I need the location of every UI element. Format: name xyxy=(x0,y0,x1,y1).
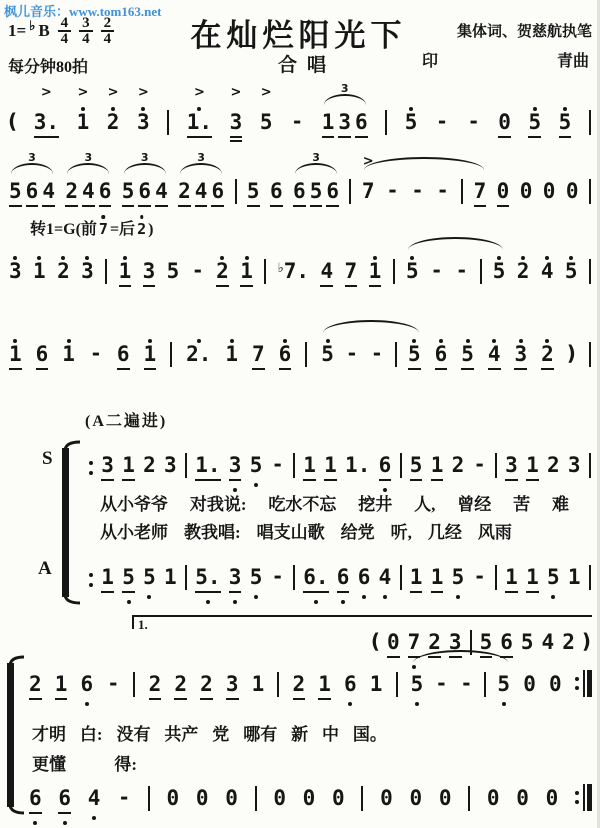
lyric-word: 白: xyxy=(80,720,103,745)
note-digit: 0 xyxy=(546,786,559,810)
triplet-group: 3136 xyxy=(321,109,369,135)
note-digit: 5 xyxy=(406,259,419,283)
key-letter: B xyxy=(38,21,49,41)
beam-underline xyxy=(526,591,539,593)
ensemble-type: 合唱 xyxy=(278,50,336,77)
note: 1 xyxy=(525,452,540,478)
note-digit: 1 xyxy=(526,453,539,477)
note-digit: 6 xyxy=(117,342,130,366)
note: >7 xyxy=(361,178,376,204)
note-digit: 5 xyxy=(411,672,424,696)
note-digit: 4 xyxy=(82,179,95,203)
note: 0 xyxy=(542,178,557,204)
note-digit: 6 xyxy=(326,179,339,203)
beam-underline xyxy=(226,698,239,700)
beam-underline xyxy=(324,479,337,481)
note: 5 xyxy=(121,564,136,590)
beam-underline xyxy=(528,136,541,138)
beam-underline xyxy=(410,591,423,593)
note-digit: 1 xyxy=(122,453,135,477)
note-digit: 2 xyxy=(149,672,162,696)
accent-mark: > xyxy=(76,87,91,99)
note: 3 xyxy=(80,258,95,284)
beam-underline xyxy=(9,368,22,370)
lyrics-line-2: 从小老师教我唱:唱支山歌给党听,几经风雨 xyxy=(100,518,512,543)
note: 5 xyxy=(558,109,573,135)
octave-dot xyxy=(249,478,264,487)
note-digit: 2 xyxy=(57,259,70,283)
note: 1 xyxy=(121,452,136,478)
barline xyxy=(293,453,295,478)
notation-line-4: 161-612.1765--565432) xyxy=(8,340,592,367)
note-digit: 4 xyxy=(320,259,333,283)
note-digit: 2 xyxy=(452,453,465,477)
end-repeat-barline xyxy=(574,784,592,811)
note: 0 xyxy=(272,785,287,811)
note-digit: 1 xyxy=(119,259,132,283)
note: 6 xyxy=(137,178,152,204)
triplet-group: 3246 xyxy=(177,178,225,204)
note: 1 xyxy=(567,564,582,590)
note: 6 xyxy=(325,178,340,204)
tuplet-number: 3 xyxy=(321,82,369,95)
note-digit: 0 xyxy=(196,786,209,810)
octave-dot xyxy=(121,595,136,604)
barline xyxy=(349,179,351,204)
note: 2 xyxy=(215,258,230,284)
beam-underline xyxy=(195,479,220,481)
note: 1 xyxy=(61,341,76,367)
note-digit: 6 xyxy=(99,179,112,203)
note-digit: 3 xyxy=(137,110,150,134)
note-digit: 6. xyxy=(303,565,328,589)
lyric-word: 曾经 xyxy=(457,490,491,515)
barline xyxy=(277,672,279,697)
note-digit: 1 xyxy=(9,342,22,366)
parenthesis: ( xyxy=(8,108,17,135)
note-digit: 3 xyxy=(226,672,239,696)
beam-underline xyxy=(55,698,68,700)
tie-arc xyxy=(364,157,484,170)
note-digit: 1 xyxy=(370,672,383,696)
duration-dash: - xyxy=(270,564,286,590)
octave-dot xyxy=(87,811,102,820)
note: 6 xyxy=(357,564,372,590)
note: 1 xyxy=(368,258,383,284)
beam-underline xyxy=(488,368,501,370)
beam-underline xyxy=(320,285,333,287)
note: 6 xyxy=(278,341,293,367)
note: 0 xyxy=(519,178,534,204)
time-signature: 34 xyxy=(79,16,93,46)
note-digit: 7 xyxy=(474,179,487,203)
note-digit: 5 xyxy=(497,672,510,696)
lyric-word: 苦 xyxy=(513,490,530,515)
tuplet-number: 3 xyxy=(121,151,169,164)
lyric-word: 教我唱: xyxy=(184,518,241,543)
note-digit: 1 xyxy=(303,453,316,477)
beam-underline xyxy=(229,479,242,481)
notation-line-6: 664-000000000000 xyxy=(28,784,592,811)
note-digit: 7 xyxy=(252,342,265,366)
parenthesis: ( xyxy=(371,628,380,655)
note-digit: 3 xyxy=(9,259,22,283)
note: 1. xyxy=(194,452,221,478)
note: 0 xyxy=(302,785,317,811)
octave-dot xyxy=(57,816,72,825)
note: 6 xyxy=(292,178,307,204)
note-digit: 0 xyxy=(332,786,345,810)
tempo-marking: 每分钟80拍 xyxy=(8,54,88,77)
barline xyxy=(185,453,187,478)
beam-underline xyxy=(29,812,42,814)
beam-underline xyxy=(34,136,59,138)
note: 6 xyxy=(499,629,514,655)
note-digit: 4 xyxy=(541,259,554,283)
first-ending-label: 1. xyxy=(138,617,148,633)
lyric-word: 国。 xyxy=(353,720,387,745)
note-digit: 0 xyxy=(516,786,529,810)
flat-sign: ♭ xyxy=(29,18,35,34)
notation-line-1: (>3.>1>2>3>1.>3>5-31365--055 xyxy=(8,108,592,135)
barline xyxy=(589,110,591,135)
note: 6 xyxy=(98,178,113,204)
modulation-note: 2 xyxy=(137,220,146,238)
note-digit: 5 xyxy=(405,110,418,134)
accent-mark: > xyxy=(33,87,60,99)
accent-mark: > xyxy=(229,87,244,99)
note: 4 xyxy=(41,178,56,204)
note: 6 xyxy=(336,564,351,590)
beam-underline xyxy=(410,479,423,481)
sheet-music-page: 枫儿音乐：www.tom163.net 1=♭B 44 34 24 在灿烂阳光下… xyxy=(0,0,600,828)
note: 2 xyxy=(173,671,188,697)
note-digit: 3 xyxy=(338,110,351,134)
tuplet-number: 3 xyxy=(8,151,56,164)
beam-underline xyxy=(431,479,444,481)
note: 3 xyxy=(142,258,157,284)
barline xyxy=(185,565,187,590)
note-digit: 4 xyxy=(195,179,208,203)
beam-underline xyxy=(36,368,49,370)
note: 2 xyxy=(199,671,214,697)
time-signature: 44 xyxy=(58,16,72,46)
note-digit: 2 xyxy=(178,179,191,203)
note-digit: 0 xyxy=(543,179,556,203)
note: 0 xyxy=(386,629,401,655)
note: 0 xyxy=(497,109,512,135)
beam-underline xyxy=(431,591,444,593)
note: 1 xyxy=(323,452,338,478)
note: 2 xyxy=(561,629,576,655)
note: 5 xyxy=(564,258,579,284)
note-digit: 5 xyxy=(9,179,22,203)
note: 5 xyxy=(527,109,542,135)
beam-underline xyxy=(541,368,554,370)
barline xyxy=(361,786,363,811)
note-digit: 1 xyxy=(318,672,331,696)
note: 2 xyxy=(142,452,157,478)
beam-underline xyxy=(138,205,151,207)
note: 1 xyxy=(54,671,69,697)
note-digit: 1 xyxy=(252,672,265,696)
lyric-word: 新 xyxy=(291,720,308,745)
note: 1 xyxy=(100,564,115,590)
beam-underline xyxy=(474,205,487,207)
duration-dash: - xyxy=(369,341,385,367)
octave-dot xyxy=(451,590,466,599)
note: 5 xyxy=(8,178,23,204)
note: >3. xyxy=(33,109,60,135)
voice-label-alto: A xyxy=(38,558,52,580)
note: 4 xyxy=(378,564,393,590)
tie-group: 5--5 xyxy=(410,671,511,697)
barline xyxy=(395,342,397,367)
note: 5 xyxy=(249,564,264,590)
octave-dot xyxy=(228,595,243,604)
note: 5 xyxy=(451,564,466,590)
note-digit: 2 xyxy=(293,672,306,696)
note: 3 xyxy=(504,452,519,478)
beam-underline xyxy=(293,698,306,700)
note-digit: 0 xyxy=(439,786,452,810)
beam-underline xyxy=(408,368,421,370)
note: 5 xyxy=(409,452,424,478)
barline xyxy=(167,110,169,135)
lyric-word: 唱支山歌 xyxy=(257,518,325,543)
note: 0 xyxy=(486,785,501,811)
beam-underline xyxy=(279,368,292,370)
note-digit: 5. xyxy=(195,565,220,589)
note-digit: 1. xyxy=(345,453,370,477)
octave-dot xyxy=(249,590,264,599)
note-digit: 0 xyxy=(380,786,393,810)
note-digit: 6 xyxy=(358,565,371,589)
note: >3 xyxy=(229,109,244,135)
duration-dash: - xyxy=(270,452,286,478)
note-digit: 0 xyxy=(523,672,536,696)
note-digit: 7 xyxy=(362,179,375,203)
note-digit: 0 xyxy=(409,786,422,810)
note-digit: 2 xyxy=(216,259,229,283)
note-digit: 5 xyxy=(122,565,135,589)
note-digit: 2 xyxy=(562,630,575,654)
octave-dot xyxy=(378,590,393,599)
beam-underline xyxy=(505,591,518,593)
duration-dash: - xyxy=(410,178,426,204)
note: 4 xyxy=(81,178,96,204)
note-digit: 5 xyxy=(321,342,334,366)
note: 5 xyxy=(246,178,261,204)
time-signature: 24 xyxy=(101,16,115,46)
repeat-dots xyxy=(574,791,580,804)
note: 0 xyxy=(166,785,181,811)
triplet-group: 3564 xyxy=(121,178,169,204)
barline xyxy=(235,179,237,204)
note: 1 xyxy=(239,258,254,284)
beam-underline xyxy=(99,205,112,207)
note-digit: 4 xyxy=(488,342,501,366)
beam-underline xyxy=(187,136,212,138)
duration-dash: - xyxy=(88,341,104,367)
note-digit: 5 xyxy=(143,565,156,589)
note-digit: 5 xyxy=(565,259,578,283)
triplet-group: 3564 xyxy=(8,178,56,204)
note-digit: 1 xyxy=(77,110,90,134)
barline xyxy=(589,565,591,590)
barline xyxy=(484,672,486,697)
lyric-word: 更懂 xyxy=(32,750,66,775)
barline xyxy=(495,453,497,478)
note: 6 xyxy=(57,785,72,811)
lyric-word: 从小爷爷 xyxy=(100,490,168,515)
note: 4 xyxy=(194,178,209,204)
note: 5 xyxy=(142,564,157,590)
octave-dot xyxy=(546,590,561,599)
beam-underline xyxy=(195,205,208,207)
barline xyxy=(400,453,402,478)
note: 2 xyxy=(546,452,561,478)
note: 2 xyxy=(56,258,71,284)
beam-underline xyxy=(338,136,351,138)
barline xyxy=(133,672,135,697)
beam-underline xyxy=(526,479,539,481)
note: 0 xyxy=(408,785,423,811)
barline xyxy=(264,259,266,284)
duration-dash: - xyxy=(190,258,206,284)
note-digit: 6 xyxy=(337,565,350,589)
beam-underline xyxy=(240,285,253,287)
key-prefix: 1= xyxy=(8,21,26,41)
note-digit: 1 xyxy=(33,259,46,283)
note-digit: 3 xyxy=(164,453,177,477)
notation-line-alto: 15515.35-6.664115-1151 xyxy=(88,564,592,590)
note: 2 xyxy=(540,341,555,367)
barline xyxy=(589,259,591,284)
duration-dash: - xyxy=(116,785,132,811)
note-digit: 6 xyxy=(58,786,71,810)
triplet-group: 3656 xyxy=(292,178,340,204)
note: 5 xyxy=(166,258,181,284)
note-digit: 0 xyxy=(498,110,511,134)
octave-dot xyxy=(80,697,95,706)
note: 7 xyxy=(473,178,488,204)
beam-underline xyxy=(355,136,368,138)
duration-dash: - xyxy=(433,671,449,697)
flat-sign: ♭ xyxy=(278,261,284,276)
note-digit: 5 xyxy=(452,565,465,589)
note-digit: 2 xyxy=(143,453,156,477)
note: >1 xyxy=(76,109,91,135)
beam-underline xyxy=(200,698,213,700)
note-digit: 6 xyxy=(435,342,448,366)
note-digit: 5 xyxy=(122,179,135,203)
note: 1 xyxy=(224,341,239,367)
triplet-arc xyxy=(11,163,53,174)
accent-mark: > xyxy=(259,87,274,99)
note: 3 xyxy=(100,452,115,478)
note: 0 xyxy=(545,785,560,811)
barline xyxy=(170,342,172,367)
barline xyxy=(495,565,497,590)
note-digit: 6 xyxy=(211,179,224,203)
beam-underline xyxy=(122,205,135,207)
lyrics-line-1: 从小爷爷对我说:吃水不忘挖井人,曾经苦难 xyxy=(100,490,569,515)
note-digit: 1. xyxy=(195,453,220,477)
note-digit: 1 xyxy=(225,342,238,366)
note-digit: 5 xyxy=(559,110,572,134)
note: 1 xyxy=(32,258,47,284)
octave-dot xyxy=(302,595,329,604)
beam-underline xyxy=(101,591,114,593)
barline xyxy=(396,672,398,697)
tie-arc xyxy=(323,320,418,333)
note: 2 xyxy=(292,671,307,697)
beam-underline xyxy=(216,285,229,287)
note: 1 xyxy=(317,671,332,697)
beam-underline xyxy=(65,205,78,207)
beam-underline xyxy=(303,591,328,593)
note-digit: 0 xyxy=(273,786,286,810)
tuplet-number: 3 xyxy=(292,151,340,164)
beam-underline xyxy=(230,136,243,138)
beam-underline xyxy=(230,140,243,142)
note: 5 xyxy=(320,341,335,367)
note: 2 xyxy=(148,671,163,697)
accent-mark: > xyxy=(361,156,376,168)
note-digit: 6 xyxy=(138,179,151,203)
note-digit: 2 xyxy=(29,672,42,696)
lyric-word: 听, xyxy=(391,518,412,543)
note-digit: 4 xyxy=(88,786,101,810)
duration-dash: - xyxy=(434,109,450,135)
note: >3 xyxy=(136,109,151,135)
beam-underline xyxy=(435,368,448,370)
tie-group: >7---7 xyxy=(361,178,487,204)
note: 2 xyxy=(451,452,466,478)
note: 0 xyxy=(195,785,210,811)
note: 2. xyxy=(185,341,212,367)
lyric-word: 吃水不忘 xyxy=(268,490,336,515)
beam-underline xyxy=(143,285,156,287)
beam-underline xyxy=(379,479,392,481)
accent-mark: > xyxy=(186,87,213,99)
note-digit: 2 xyxy=(65,179,78,203)
note-digit: 2 xyxy=(200,672,213,696)
barline xyxy=(385,110,387,135)
note: 3 xyxy=(8,258,23,284)
note-digit: 5 xyxy=(408,342,421,366)
note-digit: 1 xyxy=(324,453,337,477)
beam-underline xyxy=(303,479,316,481)
note-digit: 0 xyxy=(487,786,500,810)
note: 4 xyxy=(541,629,556,655)
beam-underline xyxy=(326,205,339,207)
note-digit: 4 xyxy=(42,179,55,203)
duration-dash: - xyxy=(105,671,121,697)
notation-line-2: 3564324635643246563656>7---70000 xyxy=(8,178,592,204)
tuplet-number: 3 xyxy=(64,151,112,164)
section-label: (A二遍进) xyxy=(85,408,167,431)
note: 5 xyxy=(492,258,507,284)
note: 0 xyxy=(438,785,453,811)
note: 1 xyxy=(8,341,23,367)
note: 0 xyxy=(379,785,394,811)
modulation-note: 7 xyxy=(99,220,108,238)
lyric-word: 难 xyxy=(552,490,569,515)
tie-group: 5--5 xyxy=(405,258,506,284)
note-digit: 6 xyxy=(270,179,283,203)
